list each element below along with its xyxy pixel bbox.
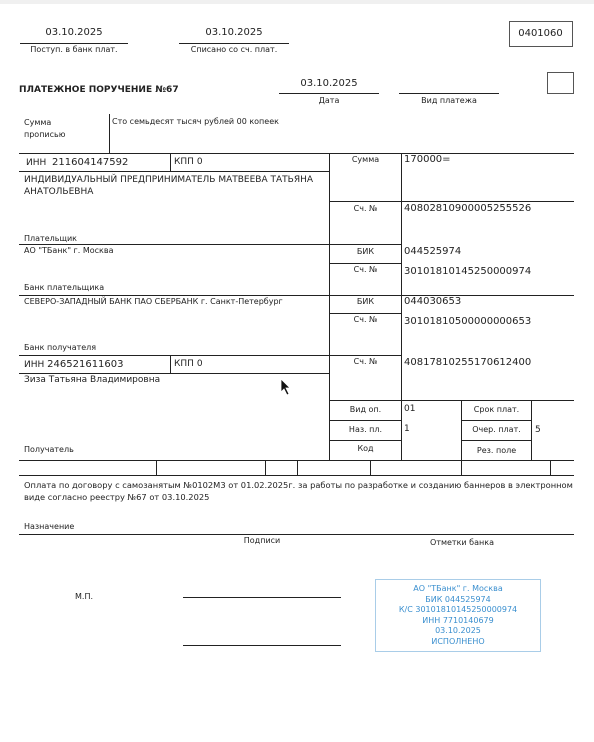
priority-label: Очер. плат.: [462, 425, 531, 434]
payee-bank-bik-label: БИК: [330, 297, 401, 306]
divider: [170, 355, 171, 373]
payee-bank-name: СЕВЕРО-ЗАПАДНЫЙ БАНК ПАО СБЕРБАНК г. Сан…: [24, 297, 283, 306]
payee-bank-bik: 044030653: [404, 296, 461, 307]
stamp-bank-name: АО "ТБанк" г. Москва: [376, 584, 540, 595]
divider: [329, 440, 401, 441]
date-received: 03.10.2025: [20, 27, 128, 38]
payment-type-label: Вид платежа: [399, 96, 499, 105]
payer-name: ИНДИВИДУАЛЬНЫЙ ПРЕДПРИНИМАТЕЛЬ МАТВЕЕВА …: [24, 174, 313, 198]
divider: [19, 171, 329, 172]
payer-bank-account: 30101810145250000974: [404, 266, 531, 277]
purpose-code-label: Наз. пл.: [330, 425, 401, 434]
payer-kpp: КПП 0: [174, 157, 203, 167]
payment-date-label: Дата: [279, 96, 379, 105]
divider: [179, 43, 289, 44]
payee-kpp-value: 0: [197, 359, 203, 369]
signatures-label: Подписи: [212, 536, 312, 545]
amount-words-label: Сумма прописью: [24, 117, 65, 141]
divider: [399, 93, 499, 94]
date-debited: 03.10.2025: [179, 27, 289, 38]
divider: [329, 313, 401, 314]
page-title: ПЛАТЕЖНОЕ ПОРУЧЕНИЕ №67: [19, 85, 179, 95]
divider: [19, 475, 574, 476]
divider: [279, 93, 379, 94]
divider: [329, 263, 401, 264]
payee-inn-value: 246521611603: [47, 359, 123, 370]
divider: [370, 460, 371, 475]
payer-bank-name: АО "ТБанк" г. Москва: [24, 246, 114, 255]
payer-name-line2: АНАТОЛЬЕВНА: [24, 186, 313, 198]
purpose-code: 1: [404, 424, 410, 434]
divider: [461, 440, 531, 441]
stamp-status: ИСПОЛНЕНО: [376, 637, 540, 648]
divider: [265, 460, 266, 475]
form-code-box: 0401060: [509, 21, 573, 47]
payee-inn: ИНН 246521611603: [24, 359, 124, 370]
divider: [297, 460, 298, 475]
payee-name: Зиза Татьяна Владимировна: [24, 375, 160, 385]
stamp-date: 03.10.2025: [376, 626, 540, 637]
payer-amount: 170000=: [404, 154, 451, 165]
divider: [109, 114, 110, 153]
payment-purpose-line2: виде согласно реестру №67 от 03.10.2025: [24, 491, 573, 503]
divider: [550, 460, 551, 475]
payee-label: Получатель: [24, 445, 74, 454]
payer-account: 40802810900005255526: [404, 203, 531, 214]
payer-kpp-value: 0: [197, 157, 203, 167]
payer-bank-label: Банк плательщика: [24, 283, 104, 292]
divider: [329, 400, 574, 401]
divider: [19, 153, 574, 154]
divider: [19, 295, 574, 296]
bank-stamp: АО "ТБанк" г. Москва БИК 044525974 К/С 3…: [375, 579, 541, 652]
divider: [329, 420, 401, 421]
payee-kpp-label: КПП: [174, 359, 194, 369]
form-code: 0401060: [510, 28, 571, 39]
divider: [19, 373, 329, 374]
payer-bank-bik-label: БИК: [330, 247, 401, 256]
payee-account: 40817810255170612400: [404, 357, 531, 368]
payer-inn-value: 211604147592: [52, 157, 128, 168]
stamp-bik: БИК 044525974: [376, 595, 540, 606]
payer-bank-account-label: Сч. №: [330, 265, 401, 274]
payee-bank-label: Банк получателя: [24, 343, 96, 352]
divider: [531, 400, 532, 460]
top-bar: [0, 0, 594, 4]
priority-value: 5: [535, 425, 541, 435]
stamp-corr-account: К/С 30101810145250000974: [376, 605, 540, 616]
divider: [461, 460, 462, 475]
payment-purpose: Оплата по договору с самозанятым №0102М3…: [24, 479, 573, 503]
amount-words-value: Сто семьдесят тысяч рублей 00 копеек: [112, 117, 279, 126]
payer-account-label: Сч. №: [330, 204, 401, 213]
payee-kpp: КПП 0: [174, 359, 203, 369]
code-label: Код: [330, 444, 401, 453]
payee-inn-label: ИНН: [24, 360, 44, 370]
status-box: [547, 72, 574, 94]
divider: [156, 460, 157, 475]
purpose-label: Назначение: [24, 522, 74, 531]
date-received-label: Поступ. в банк плат.: [20, 45, 128, 54]
payer-inn-label: ИНН: [26, 158, 46, 168]
signature-line-1: [183, 597, 341, 598]
op-type-label: Вид оп.: [330, 405, 401, 414]
amount-words-label-line2: прописью: [24, 129, 65, 141]
divider: [461, 420, 531, 421]
bank-marks-label: Отметки банка: [412, 538, 512, 547]
stamp-inn: ИНН 7710140679: [376, 616, 540, 627]
date-debited-label: Списано со сч. плат.: [179, 45, 289, 54]
payee-bank-account: 30101810500000000653: [404, 316, 531, 327]
payer-inn: ИНН 211604147592: [26, 157, 128, 168]
term-label: Срок плат.: [462, 405, 531, 414]
reserve-label: Рез. поле: [462, 446, 531, 455]
payer-amount-label: Сумма: [330, 155, 401, 164]
divider: [19, 244, 401, 245]
payment-date: 03.10.2025: [279, 78, 379, 89]
payee-account-label: Сч. №: [330, 357, 401, 366]
divider: [20, 43, 128, 44]
payer-bank-bik: 044525974: [404, 246, 461, 257]
payer-name-line1: ИНДИВИДУАЛЬНЫЙ ПРЕДПРИНИМАТЕЛЬ МАТВЕЕВА …: [24, 174, 313, 186]
signature-line-2: [183, 645, 341, 646]
divider: [401, 153, 402, 460]
amount-words-label-line1: Сумма: [24, 117, 65, 129]
payer-kpp-label: КПП: [174, 157, 194, 167]
divider: [19, 534, 574, 535]
payer-label: Плательщик: [24, 234, 77, 243]
divider: [19, 355, 401, 356]
stamp-place-label: М.П.: [75, 592, 93, 601]
payee-bank-account-label: Сч. №: [330, 315, 401, 324]
divider: [329, 201, 574, 202]
payment-purpose-line1: Оплата по договору с самозанятым №0102М3…: [24, 479, 573, 491]
divider: [170, 153, 171, 171]
op-type: 01: [404, 404, 415, 414]
